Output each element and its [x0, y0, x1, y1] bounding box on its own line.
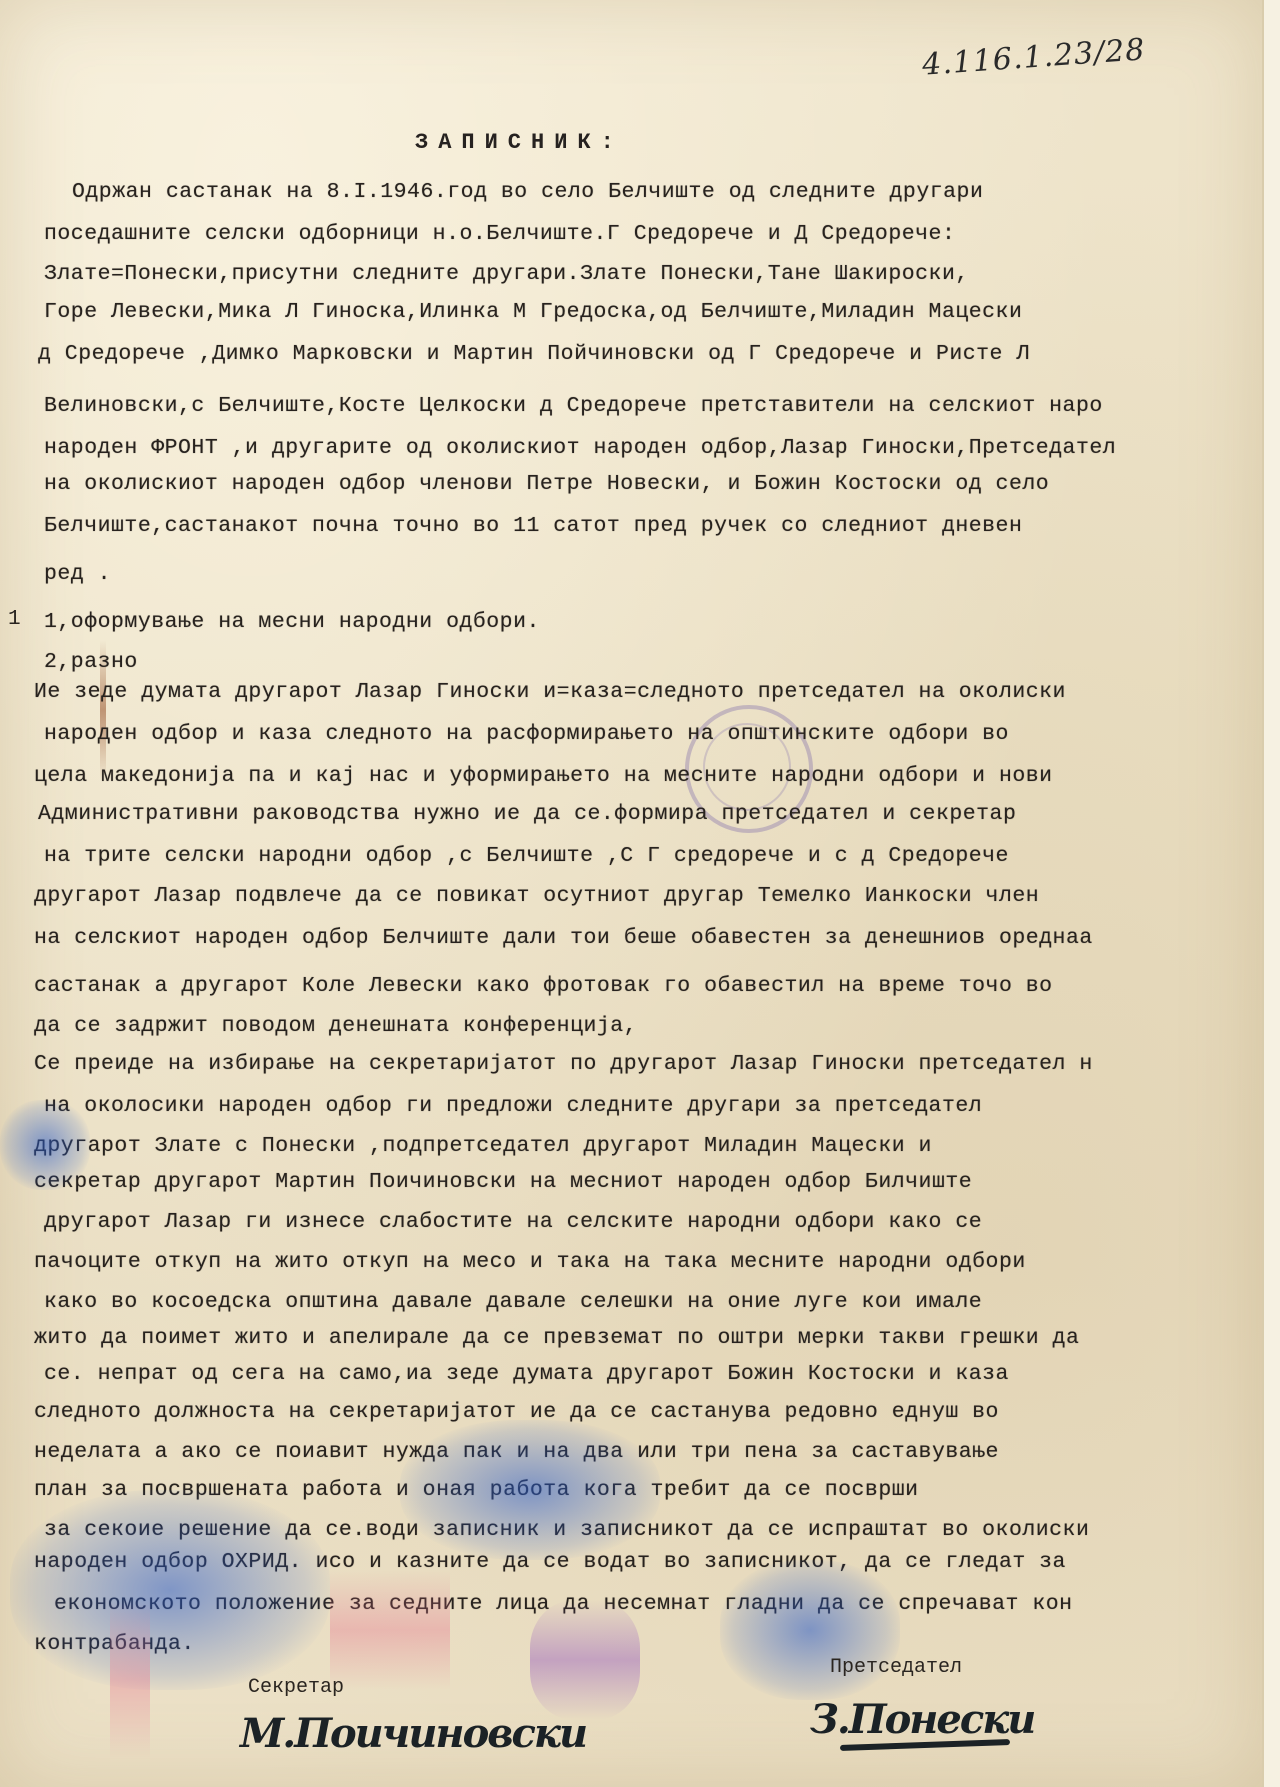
- text-line: народен ФРОНТ ,и другарите од околискиот…: [44, 436, 1116, 460]
- text-line: Се преиде на избирање на секретаријатот …: [34, 1052, 1093, 1076]
- text-line: да се задржит поводом денешната конферен…: [34, 1014, 637, 1038]
- text-line: поседашните селски одборници н.о.Белчишт…: [44, 222, 955, 246]
- agenda-item: 1,оформување на месни народни одбори.: [44, 610, 540, 634]
- ink-smear: [330, 1570, 450, 1690]
- text-line: ред .: [44, 562, 111, 586]
- text-line: жито да поимет жито и апелирале да се пр…: [34, 1326, 1079, 1350]
- text-line: Одржан састанак на 8.I.1946.год во село …: [72, 180, 983, 204]
- president-label: Претседател: [830, 1656, 962, 1679]
- text-line: на околискиот народен одбор членови Петр…: [44, 472, 1049, 496]
- text-line: пачоците откуп на жито откуп на месо и т…: [34, 1250, 1026, 1274]
- text-line: Велиновски,с Белчиште,Косте Целкоски д С…: [44, 394, 1103, 418]
- archive-number: 4.116.1.23/28: [921, 32, 1146, 83]
- text-line: цела македонија па и кај нас и уформирањ…: [34, 764, 1053, 788]
- text-line: народен одбор и каза следното на расформ…: [44, 722, 1009, 746]
- text-line: секретар другарот Мартин Поичиновски на …: [34, 1170, 972, 1194]
- margin-mark: 1: [8, 608, 21, 631]
- secretary-signature: М.Поичиновски: [240, 1710, 586, 1757]
- text-line: састанак а другарот Коле Левески како фр…: [34, 974, 1053, 998]
- text-line: Горе Левески,Мика Л Гиноска,Илинка М Гре…: [44, 300, 1022, 324]
- ink-smear: [110, 1600, 150, 1760]
- agenda-item: 2,разно: [44, 650, 138, 674]
- text-line: Административни раководства нужно ие да …: [38, 802, 1016, 826]
- ink-smear: [10, 1490, 330, 1690]
- text-line: Ие зеде думата другарот Лазар Гиноски и=…: [34, 680, 1066, 704]
- ink-smear: [0, 1100, 90, 1190]
- ink-smear: [720, 1560, 900, 1700]
- president-signature: З.Понески: [810, 1696, 1034, 1743]
- text-line: Злате=Понески,присутни следните другари.…: [44, 262, 969, 286]
- secretary-label: Секретар: [248, 1676, 344, 1699]
- text-line: другарот Лазар ги изнесе слабостите на с…: [44, 1210, 982, 1234]
- text-line: се. непрат од сега на само,иа зеде думат…: [44, 1362, 1009, 1386]
- document-page: 4.116.1.23/28 ЗАПИСНИК: 1 Одржан састана…: [0, 0, 1264, 1787]
- text-line: д Средорече ,Димко Марковски и Мартин По…: [38, 342, 1030, 366]
- text-line: како во косоедска општина давале давале …: [44, 1290, 982, 1314]
- ink-smear: [400, 1420, 660, 1560]
- text-line: на селскиот народен одбор Белчиште дали …: [34, 926, 1093, 950]
- text-line: другарот Злате с Понески ,подпретседател…: [34, 1134, 932, 1158]
- text-line: на трите селски народни одбор ,с Белчишт…: [44, 844, 1009, 868]
- text-line: на околосики народен одбор ги предложи с…: [44, 1094, 982, 1118]
- document-title: ЗАПИСНИК:: [415, 130, 624, 155]
- text-line: Белчиште,састанакот почна точно во 11 са…: [44, 514, 1022, 538]
- text-line: другарот Лазар подвлече да се повикат ос…: [34, 884, 1039, 908]
- ink-smear: [530, 1600, 640, 1720]
